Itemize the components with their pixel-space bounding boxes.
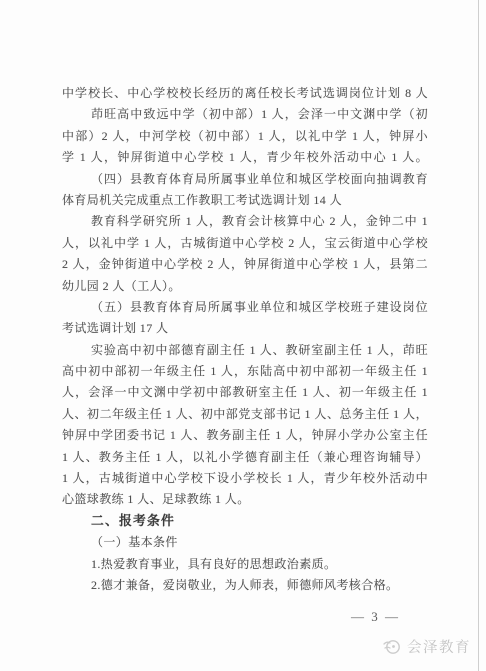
section-5-heading-line: （五）县教育体育局所属事业单位和城区学校班子建设岗位 <box>62 297 428 318</box>
doc-line: 1 人，古城街道中心学校下设小学校长 1 人，青少年校外活动中 <box>62 468 428 489</box>
section-4-heading-line: 体育局机关完成重点工作教职工考试选调计划 14 人 <box>62 190 428 211</box>
document-body: 中学校长、中心学校校长经历的离任校长考试选调岗位计划 8 人 茚旺高中致远中学（… <box>62 83 428 596</box>
page-number: — 3 — <box>62 609 400 625</box>
doc-line: 教育科学研究所 1 人，教育会计核算中心 2 人，金钟二中 1 <box>62 211 428 232</box>
huize-education-logo-icon <box>382 637 402 657</box>
subsection-1-heading: （一）基本条件 <box>62 532 428 553</box>
section-4-heading-line: （四）县教育体育局所属事业单位和城区学校面向抽调教育 <box>62 169 428 190</box>
condition-item-1: 1.热爱教育事业，具有良好的思想政治素质。 <box>62 554 428 575</box>
section-2-title: 二、报考条件 <box>62 511 428 532</box>
doc-line: 中学校长、中心学校校长经历的离任校长考试选调岗位计划 8 人 <box>62 83 428 104</box>
condition-item-2: 2.德才兼备，爱岗敬业，为人师表，师德师风考核合格。 <box>62 575 428 596</box>
doc-line: 钟屏中学团委书记 1 人、教务副主任 1 人，钟屏小学办公室主任 <box>62 425 428 446</box>
doc-line: 1 人、教务主任 1 人，以礼小学德育副主任（兼心理咨询辅导） <box>62 447 428 468</box>
doc-line: 高中初中部初一年级主任 1 人，东陆高中初中部初一年级主任 1 <box>62 361 428 382</box>
doc-line: 茚旺高中致远中学（初中部）1 人，会泽一中文渊中学（初 <box>62 104 428 125</box>
watermark: 会泽教育 <box>382 636 471 657</box>
scanned-document-page: 中学校长、中心学校校长经历的离任校长考试选调岗位计划 8 人 茚旺高中致远中学（… <box>0 0 486 671</box>
scan-edge-line <box>478 0 479 671</box>
watermark-label: 会泽教育 <box>407 636 471 657</box>
section-5-heading-line: 考试选调计划 17 人 <box>62 318 428 339</box>
doc-line: 实验高中初中部德育副主任 1 人、教研室副主任 1 人，茚旺 <box>62 340 428 361</box>
doc-line: 2 人，金钟街道中心学校 2 人，钟屏街道中心学校 1 人，县第二 <box>62 254 428 275</box>
doc-line: 幼儿园 2 人（工人）。 <box>62 276 428 297</box>
doc-line: 中部）2 人，中河学校（初中部）1 人，以礼中学 1 人，钟屏小 <box>62 126 428 147</box>
doc-line: 学 1 人，钟屏街道中心学校 1 人，青少年校外活动中心 1 人。 <box>62 147 428 168</box>
doc-line: 人，会泽一中文渊中学初中部教研室主任 1 人、初一年级主任 1 <box>62 382 428 403</box>
doc-line: 心篮球教练 1 人、足球教练 1 人。 <box>62 489 428 510</box>
doc-line: 人，以礼中学 1 人，古城街道中心学校 2 人，宝云街道中心学校 <box>62 233 428 254</box>
doc-line: 人、初二年级主任 1 人、初中部党支部书记 1 人、总务主任 1 人， <box>62 404 428 425</box>
